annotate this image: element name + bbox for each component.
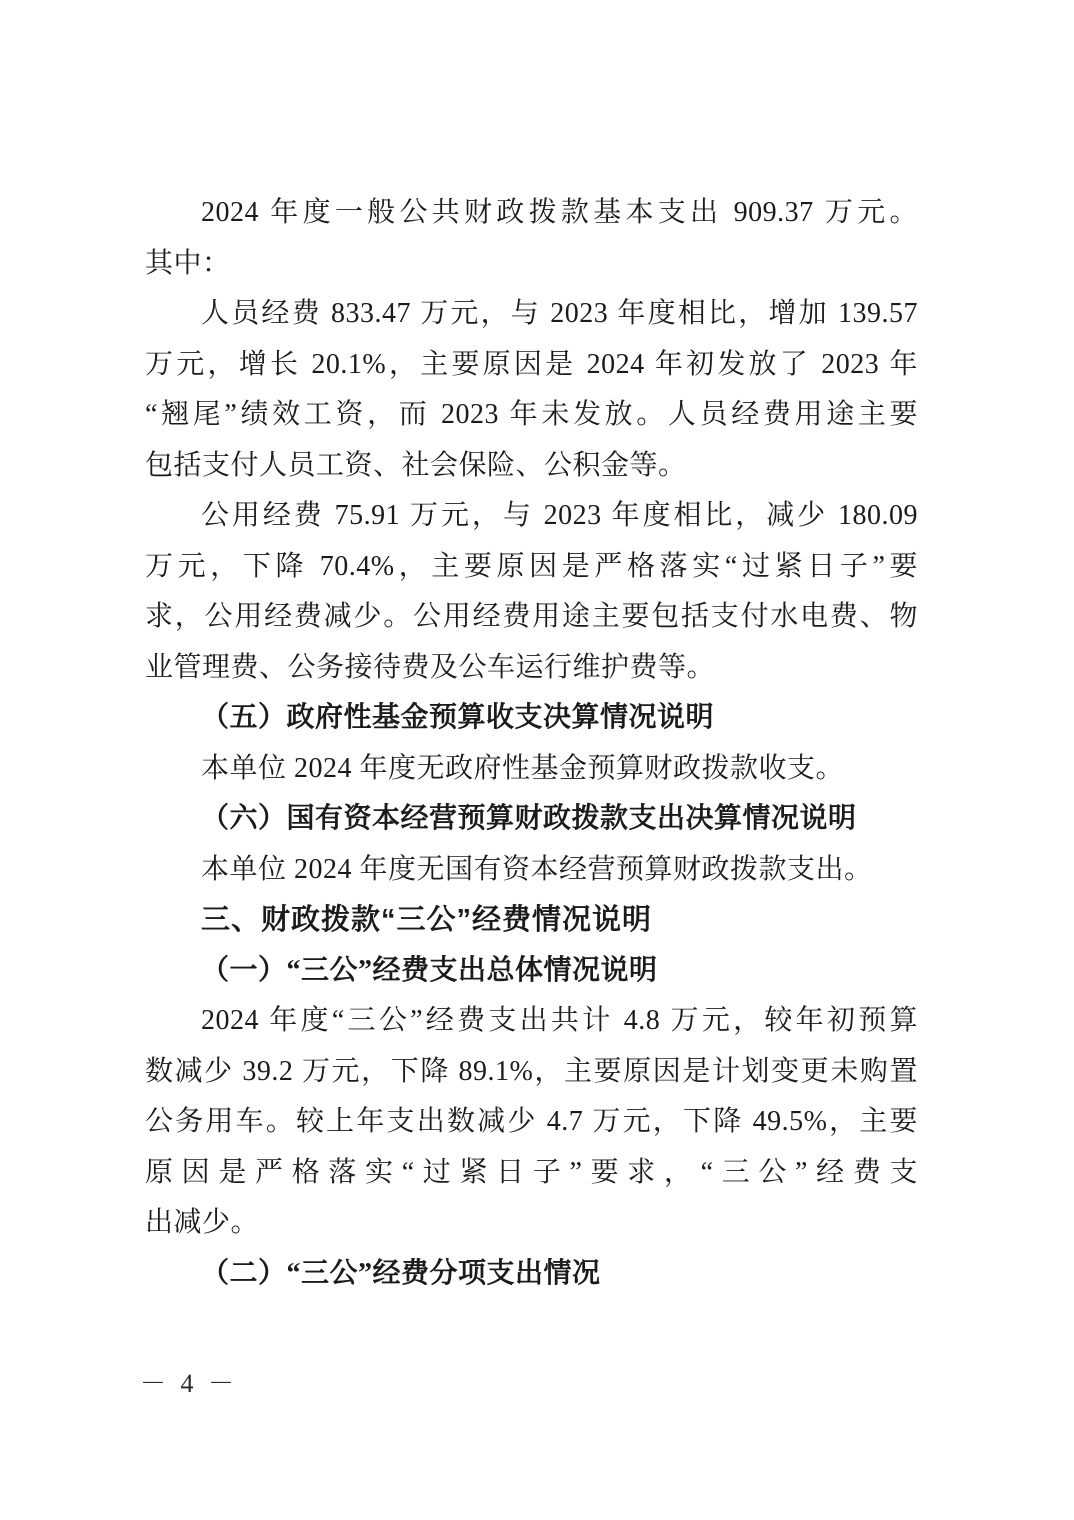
- body-text-line: 公用经费 75.91 万元，与 2023 年度相比，减少 180.09: [145, 491, 918, 542]
- body-text-line: 求，公用经费减少。公用经费用途主要包括支付水电费、物: [145, 592, 918, 643]
- body-text-line: 包括支付人员工资、社会保险、公积金等。: [145, 441, 918, 492]
- subsection-heading: （一）“三公”经费支出总体情况说明: [145, 946, 918, 997]
- body-text-line: 2024 年度“三公”经费支出共计 4.8 万元，较年初预算: [145, 996, 918, 1047]
- document-body: 2024 年度一般公共财政拨款基本支出 909.37 万元。其中：人员经费 83…: [145, 188, 918, 1299]
- body-text-line: 公务用车。较上年支出数减少 4.7 万元，下降 49.5%，主要: [145, 1097, 918, 1148]
- subsection-heading: （二）“三公”经费分项支出情况: [145, 1249, 918, 1300]
- body-text-line: 出减少。: [145, 1198, 918, 1249]
- body-text-line: 万元，增长 20.1%，主要原因是 2024 年初发放了 2023 年: [145, 340, 918, 391]
- body-text-line: 原因是严格落实“过紧日子”要求，“三公”经费支: [145, 1148, 918, 1199]
- body-text-line: 万元，下降 70.4%，主要原因是严格落实“过紧日子”要: [145, 542, 918, 593]
- body-text-line: 本单位 2024 年度无政府性基金预算财政拨款收支。: [145, 744, 918, 795]
- subsection-heading: （六）国有资本经营预算财政拨款支出决算情况说明: [145, 794, 918, 845]
- body-text-line: 其中：: [145, 239, 918, 290]
- body-text-line: “翘尾”绩效工资，而 2023 年未发放。人员经费用途主要: [145, 390, 918, 441]
- body-text-line: 业管理费、公务接待费及公车运行维护费等。: [145, 643, 918, 694]
- page-number: － 4 －: [140, 1363, 238, 1400]
- document-page: 2024 年度一般公共财政拨款基本支出 909.37 万元。其中：人员经费 83…: [0, 0, 1074, 1520]
- body-text-line: 数减少 39.2 万元，下降 89.1%，主要原因是计划变更未购置: [145, 1047, 918, 1098]
- body-text-line: 2024 年度一般公共财政拨款基本支出 909.37 万元。: [145, 188, 918, 239]
- section-heading: 三、财政拨款“三公”经费情况说明: [145, 895, 918, 946]
- subsection-heading: （五）政府性基金预算收支决算情况说明: [145, 693, 918, 744]
- body-text-line: 本单位 2024 年度无国有资本经营预算财政拨款支出。: [145, 845, 918, 896]
- body-text-line: 人员经费 833.47 万元，与 2023 年度相比，增加 139.57: [145, 289, 918, 340]
